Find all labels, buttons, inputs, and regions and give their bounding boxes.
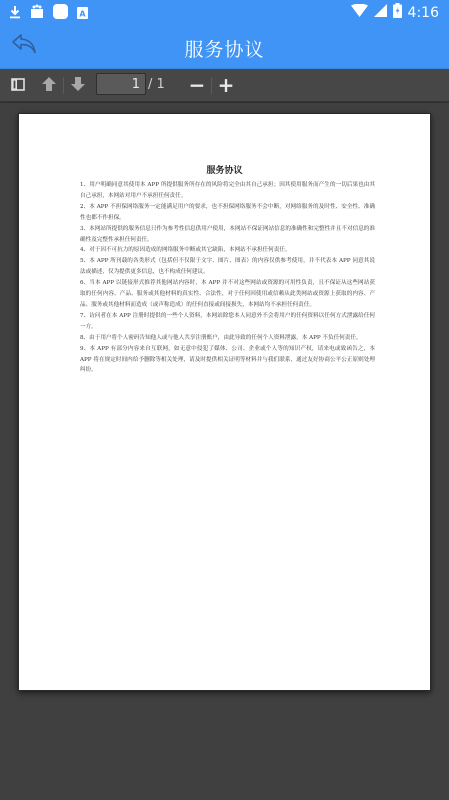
- page-total: / 1: [148, 77, 165, 92]
- page-title: 服务协议: [0, 35, 449, 62]
- keyboard-a-icon: A: [77, 4, 88, 23]
- zoom-out-button[interactable]: −: [188, 74, 206, 96]
- notification-icons: A: [9, 4, 88, 23]
- clause-5: 5、本 APP 所刊载的各类形式（包括但不仅限于文字、图片、图表）的内容仅供参考…: [80, 256, 375, 278]
- download-icon: [9, 4, 21, 23]
- app-bar: 服务协议: [0, 25, 449, 69]
- zoom-in-button[interactable]: +: [217, 74, 235, 96]
- page-number-input[interactable]: [96, 73, 146, 95]
- next-page-button[interactable]: [69, 74, 87, 96]
- previous-page-button[interactable]: [40, 74, 58, 96]
- system-icons: 4:16: [351, 3, 439, 22]
- document-title: 服务协议: [19, 163, 430, 176]
- clause-7: 7、访问者在本 APP 注册时提供的一些个人资料，本网站除您本人同意外不会将用户…: [80, 311, 375, 333]
- status-bar: A 4:16: [0, 0, 449, 25]
- white-square-icon: [53, 4, 68, 23]
- wifi-icon: [351, 4, 368, 21]
- pdf-viewer[interactable]: 服务协议 1、用户明确同意其使用本 APP 所提供服务所存在的风险将完全由其自己…: [0, 103, 449, 800]
- clause-4: 4、对于因不可抗力的原因造成的网络服务中断或其它缺陷，本网站不承担任何责任。: [80, 245, 375, 256]
- document-body: 1、用户明确同意其使用本 APP 所提供服务所存在的风险将完全由其自己承担；因其…: [80, 180, 375, 376]
- pdf-page: 服务协议 1、用户明确同意其使用本 APP 所提供服务所存在的风险将完全由其自己…: [18, 113, 431, 691]
- sidebar-toggle-button[interactable]: [9, 74, 27, 96]
- clause-3: 3、本网站所提供的服务信息只作为参考性信息供用户使用，本网站不保证网站信息的准确…: [80, 224, 375, 246]
- clause-8: 8、由于用户将个人密码告知他人或与他人共享注册账户，由此导致的任何个人资料泄露，…: [80, 333, 375, 344]
- clause-2: 2、本 APP 不担保网络服务一定能满足用户的要求，也不担保网络服务不会中断，对…: [80, 202, 375, 224]
- app-store-icon: [30, 4, 44, 23]
- svg-text:A: A: [79, 10, 86, 19]
- pdf-toolbar: / 1 − +: [0, 69, 449, 102]
- toolbar-divider: [211, 77, 212, 94]
- arrow-down-icon: [71, 76, 85, 95]
- arrow-up-icon: [42, 76, 56, 95]
- clause-1: 1、用户明确同意其使用本 APP 所提供服务所存在的风险将完全由其自己承担；因其…: [80, 180, 375, 202]
- battery-charging-icon: [393, 3, 402, 22]
- sidebar-toggle-icon: [11, 76, 25, 95]
- clause-6: 6、当本 APP 以链接形式推荐其他网站内容时，本 APP 并不对这些网站或资源…: [80, 278, 375, 311]
- clock: 4:16: [408, 5, 439, 21]
- clause-9: 9、本 APP 有部分内容来自互联网，如无意中侵犯了媒体、公司、企业或个人等的知…: [80, 344, 375, 377]
- cell-signal-icon: [374, 4, 387, 21]
- toolbar-divider: [63, 77, 64, 94]
